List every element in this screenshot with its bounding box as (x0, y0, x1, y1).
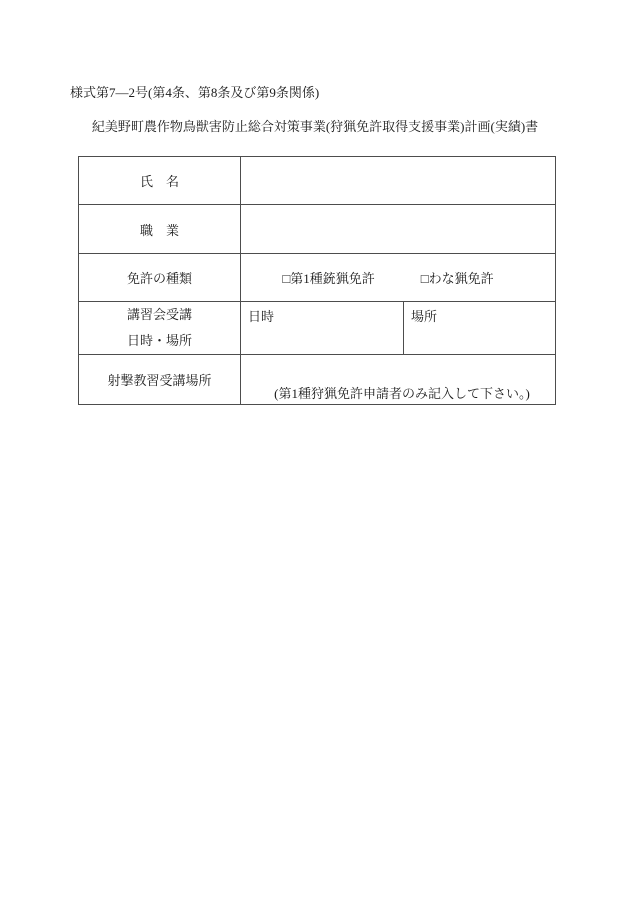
license-type-label: 免許の種類 (79, 254, 241, 302)
license-option-type1-gun-label: 第1種銃猟免許 (290, 271, 375, 286)
license-option-trap: □わな猟免許 (421, 268, 494, 287)
occupation-label: 職 業 (79, 205, 241, 254)
training-session-label: 講習会受講 日時・場所 (79, 302, 241, 355)
training-datetime-label: 日時 (248, 309, 274, 324)
name-input-cell[interactable] (241, 157, 556, 205)
occupation-input-cell[interactable] (241, 205, 556, 254)
training-session-label-line1: 講習会受講 (79, 302, 240, 328)
shooting-training-label: 射撃教習受講場所 (79, 355, 241, 405)
table-row-name: 氏 名 (79, 157, 556, 205)
license-option-type1-gun: □第1種銃猟免許 (282, 268, 374, 287)
table-row-training-session: 講習会受講 日時・場所 日時 場所 (79, 302, 556, 355)
document-title: 紀美野町農作物鳥獣害防止総合対策事業(狩猟免許取得支援事業)計画(実績)書 (0, 116, 630, 135)
checkbox-trap-license-icon[interactable]: □ (421, 271, 429, 286)
table-row-occupation: 職 業 (79, 205, 556, 254)
shooting-training-input-cell[interactable]: (第1種狩猟免許申請者のみ記入して下さい。) (241, 355, 556, 405)
training-location-label: 場所 (411, 309, 437, 324)
shooting-training-note: (第1種狩猟免許申請者のみ記入して下さい。) (245, 383, 559, 402)
training-session-label-line2: 日時・場所 (79, 328, 240, 354)
license-option-trap-label: わな猟免許 (429, 271, 494, 286)
training-datetime-cell[interactable]: 日時 (241, 302, 404, 355)
license-options-cell: □第1種銃猟免許 □わな猟免許 (241, 254, 556, 302)
table-row-shooting-training: 射撃教習受講場所 (第1種狩猟免許申請者のみ記入して下さい。) (79, 355, 556, 405)
form-table: 氏 名 職 業 免許の種類 □第1種銃猟免許 □わな猟免許 (78, 156, 556, 405)
document-page: 様式第7—2号(第4条、第8条及び第9条関係) 紀美野町農作物鳥獣害防止総合対策… (0, 0, 630, 915)
name-label: 氏 名 (79, 157, 241, 205)
form-number: 様式第7—2号(第4条、第8条及び第9条関係) (70, 82, 319, 101)
table-row-license-type: 免許の種類 □第1種銃猟免許 □わな猟免許 (79, 254, 556, 302)
training-location-cell[interactable]: 場所 (404, 302, 556, 355)
